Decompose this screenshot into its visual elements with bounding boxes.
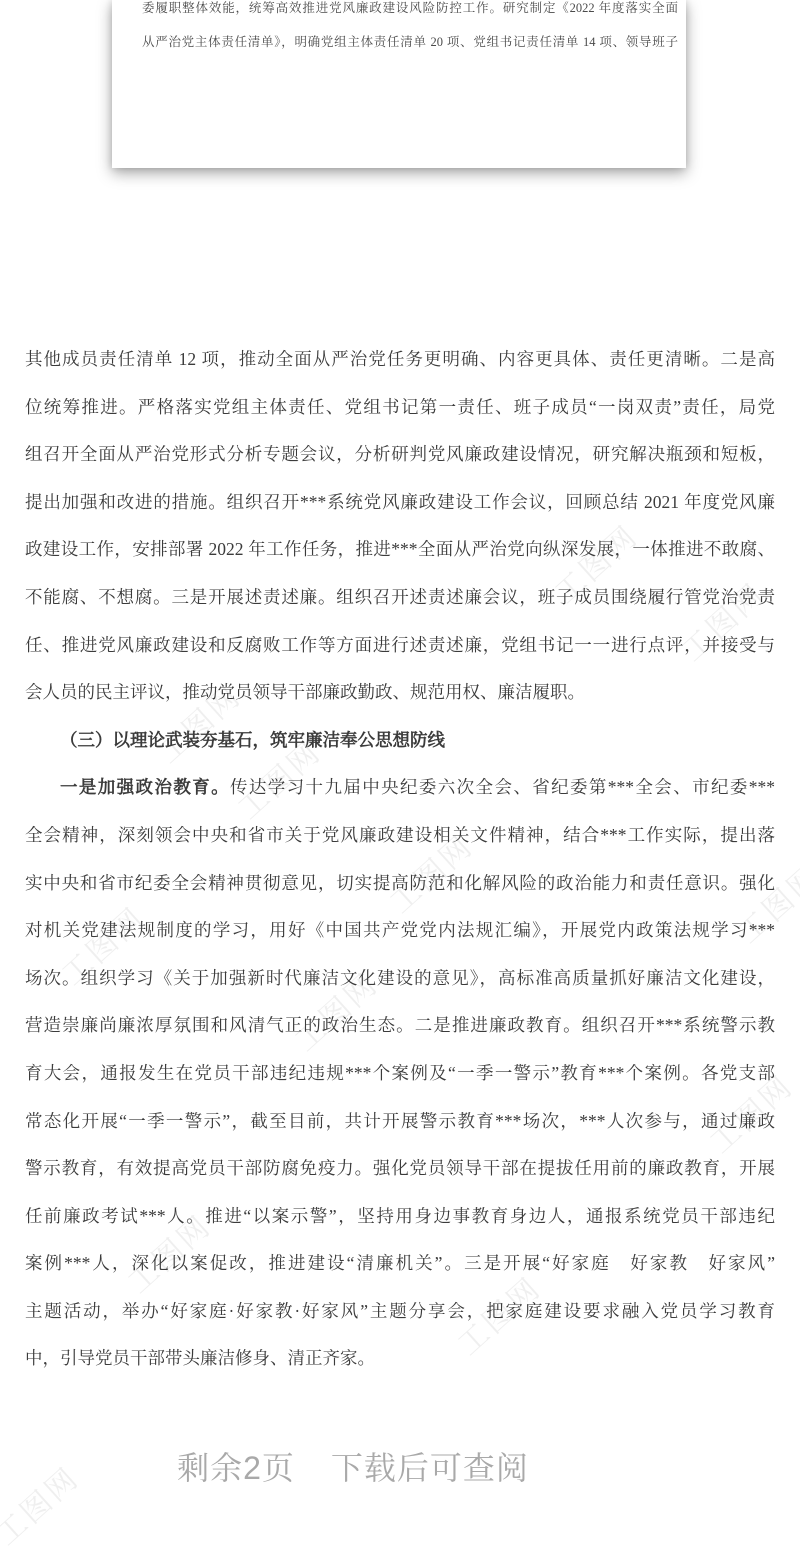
body-line: 对机关党建法规制度的学习，用好《中国共产党党内法规汇编》，开展党内政策法规学习*… (25, 907, 775, 955)
document-body: 其他成员责任清单 12 项，推动全面从严治党任务更明确、内容更具体、责任更清晰。… (25, 336, 775, 1383)
body-line: 会人员的民主评议，推动党员领导干部廉政勤政、规范用权、廉洁履职。 (25, 669, 775, 717)
download-hint-text: 下载后可查阅 (331, 1450, 529, 1486)
body-line: 其他成员责任清单 12 项，推动全面从严治党任务更明确、内容更具体、责任更清晰。… (25, 336, 775, 384)
body-line: 主题活动，举办“好家庭·好家教·好家风”主题分享会，把家庭建设要求融入党员学习教… (25, 1288, 775, 1336)
paragraph-lead: 一是加强政治教育。 (60, 777, 230, 797)
body-line: 实中央和省市纪委全会精神贯彻意见，切实提高防范和化解风险的政治能力和责任意识。强… (25, 860, 775, 908)
body-line: 任前廉政考试***人。推进“以案示警”，坚持用身边事教育身边人，通报系统党员干部… (25, 1193, 775, 1241)
section-heading: （三）以理论武装夯基石，筑牢廉洁奉公思想防线 (25, 717, 775, 765)
body-line: 中，引导党员干部带头廉洁修身、清正齐家。 (25, 1335, 775, 1383)
body-line: 案例***人，深化以案促改，推进建设“清廉机关”。三是开展“好家庭 好家教 好家… (25, 1240, 775, 1288)
preview-line: 委履职整体效能，统筹高效推进党风廉政建设风险防控工作。研究制定《2022 年度落… (142, 0, 678, 25)
body-line: 常态化开展“一季一警示”，截至目前，共计开展警示教育***场次，***人次参与，… (25, 1098, 775, 1146)
body-line: 不能腐、不想腐。三是开展述责述廉。组织召开述责述廉会议，班子成员围绕履行管党治党… (25, 574, 775, 622)
body-line: 组召开全面从严治党形式分析专题会议，分析研判党风廉政建设情况，研究解决瓶颈和短板… (25, 431, 775, 479)
pages-left-text: 剩余2页 (177, 1450, 295, 1486)
body-line: 位统筹推进。严格落实党组主体责任、党组书记第一责任、班子成员“一岗双责”责任，局… (25, 384, 775, 432)
body-line: 政建设工作，安排部署 2022 年工作任务，推进***全面从严治党向纵深发展，一… (25, 526, 775, 574)
document-preview-page: 工图网工图网工图网工图网工图网工图网工图网工图网工图网工图网工图网工图网 委履职… (0, 0, 800, 1553)
body-line: 营造崇廉尚廉浓厚氛围和风清气正的政治生态。二是推进廉政教育。组织召开***系统警… (25, 1002, 775, 1050)
page-preview-text: 委履职整体效能，统筹高效推进党风廉政建设风险防控工作。研究制定《2022 年度落… (112, 0, 686, 59)
body-line: 一是加强政治教育。传达学习十九届中央纪委六次全会、省纪委第***全会、市纪委**… (25, 764, 775, 812)
body-line: 育大会，通报发生在党员干部违纪违规***个案例及“一季一警示”教育***个案例。… (25, 1050, 775, 1098)
body-line: 警示教育，有效提高党员干部防腐免疫力。强化党员领导干部在提拔任用前的廉政教育，开… (25, 1145, 775, 1193)
preview-line: 从严治党主体责任清单》，明确党组主体责任清单 20 项、党组书记责任清单 14 … (142, 25, 678, 59)
body-line: 场次。组织学习《关于加强新时代廉洁文化建设的意见》，高标准高质量抓好廉洁文化建设… (25, 955, 775, 1003)
body-line-text: 传达学习十九届中央纪委六次全会、省纪委第***全会、市纪委*** (230, 777, 775, 797)
body-line: 全会精神，深刻领会中央和省市关于党风廉政建设相关文件精神，结合***工作实际，提… (25, 812, 775, 860)
page-preview-card: 委履职整体效能，统筹高效推进党风廉政建设风险防控工作。研究制定《2022 年度落… (112, 0, 686, 168)
body-line: 提出加强和改进的措施。组织召开***系统党风廉政建设工作会议，回顾总结 2021… (25, 479, 775, 527)
body-line: 任、推进党风廉政建设和反腐败工作等方面进行述责述廉，党组书记一一进行点评，并接受… (25, 622, 775, 670)
remaining-pages-notice: 剩余2页下载后可查阅 (0, 1448, 706, 1488)
